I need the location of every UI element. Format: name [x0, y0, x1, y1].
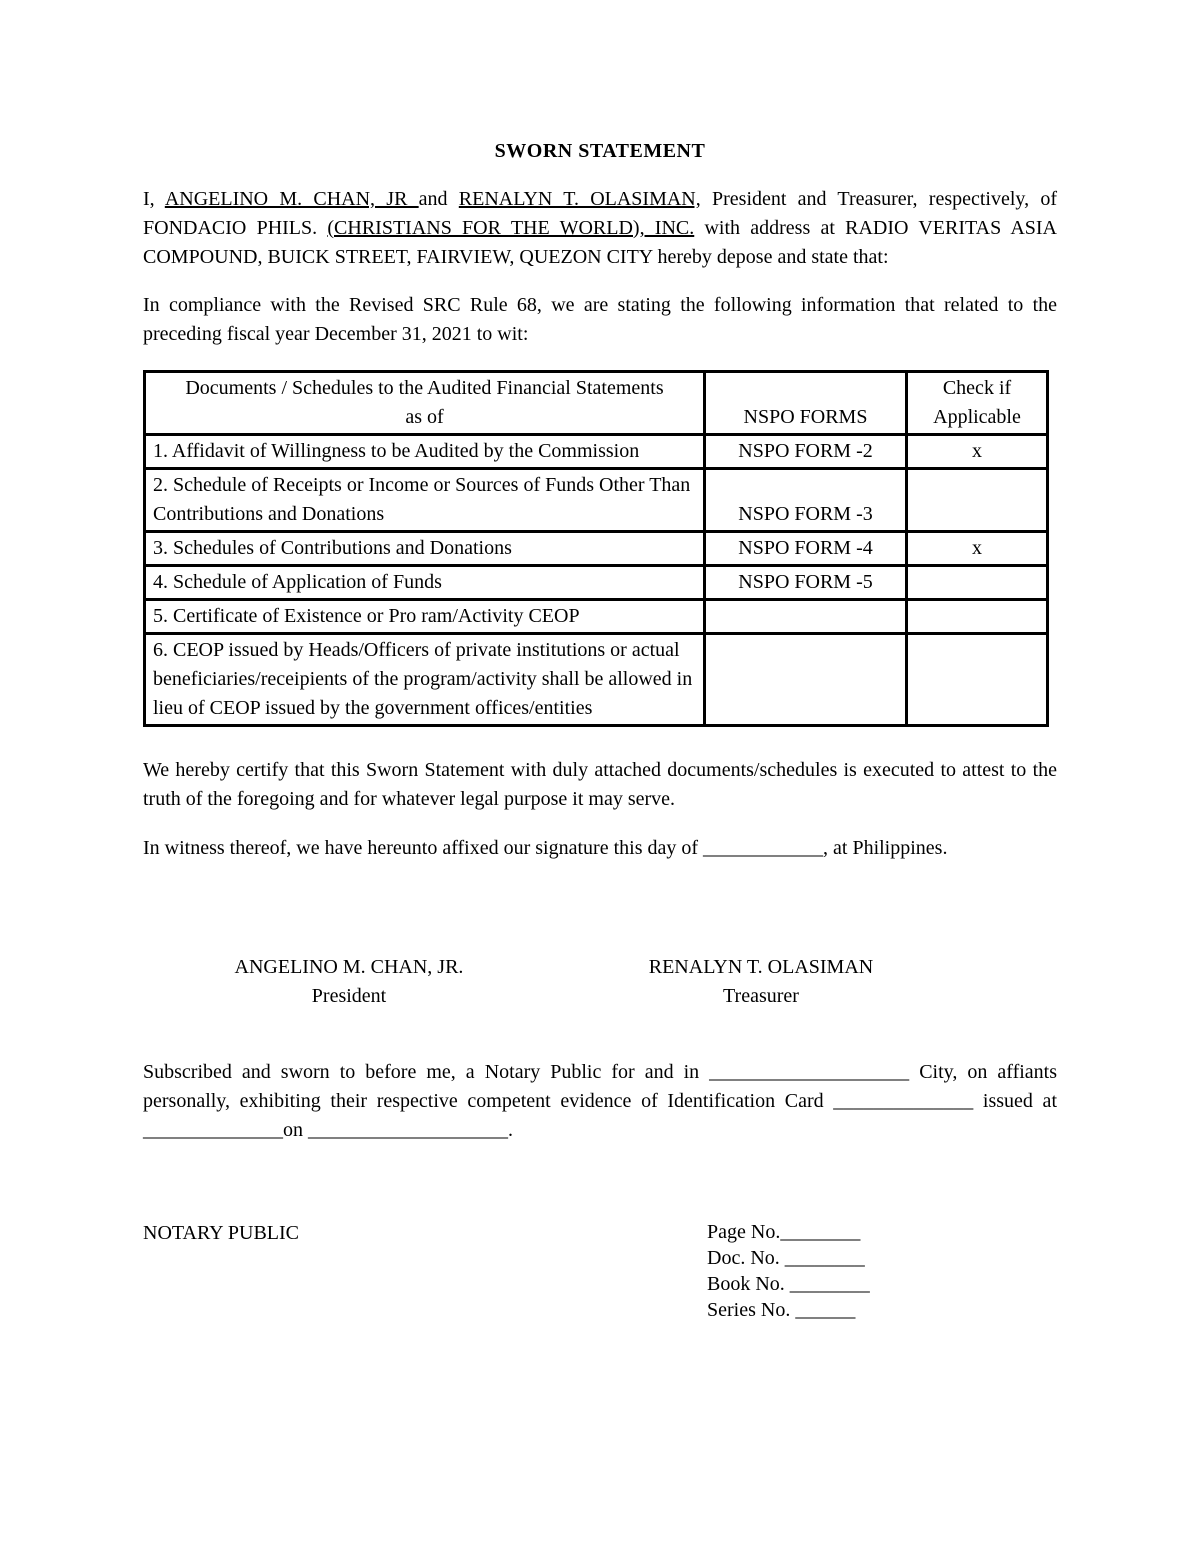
signatory-treasurer: RENALYN T. OLASIMAN Treasurer	[555, 953, 967, 1011]
doc-cell: 5. Certificate of Existence or Pro ram/A…	[145, 600, 705, 634]
document-content: SWORN STATEMENT I, ANGELINO M. CHAN, JR …	[0, 0, 1200, 1323]
header-nspo-forms: NSPO FORMS	[705, 372, 907, 435]
affiant-name-2: RENALYN T. OLASIMAN,	[459, 188, 701, 210]
footer-section: NOTARY PUBLIC Page No.________ Doc. No. …	[143, 1219, 1057, 1323]
form-cell: NSPO FORM -2	[705, 435, 907, 469]
table-row: 3. Schedules of Contributions and Donati…	[145, 532, 1048, 566]
header-check-applicable: Check if Applicable	[907, 372, 1048, 435]
intro-conjunction: and	[419, 188, 459, 210]
witness-paragraph: In witness thereof, we have hereunto aff…	[143, 834, 1057, 863]
book-no-line: Book No. ________	[707, 1271, 1057, 1297]
check-cell	[907, 469, 1048, 532]
check-cell: x	[907, 435, 1048, 469]
form-cell: NSPO FORM -4	[705, 532, 907, 566]
doc-cell: 6. CEOP issued by Heads/Officers of priv…	[145, 634, 705, 726]
table-header-row: Documents / Schedules to the Audited Fin…	[145, 372, 1048, 435]
compliance-paragraph: In compliance with the Revised SRC Rule …	[143, 291, 1057, 349]
doc-no-line: Doc. No. ________	[707, 1245, 1057, 1271]
form-cell	[705, 634, 907, 726]
signatory-president: ANGELINO M. CHAN, JR. President	[143, 953, 555, 1011]
table-row: 2. Schedule of Receipts or Income or Sou…	[145, 469, 1048, 532]
document-title: SWORN STATEMENT	[143, 137, 1057, 166]
header-documents: Documents / Schedules to the Audited Fin…	[145, 372, 705, 435]
affiant-name-1: ANGELINO M. CHAN, JR	[165, 188, 419, 210]
notary-stamp-block: Page No.________ Doc. No. ________ Book …	[707, 1219, 1057, 1323]
company-name: (CHRISTIANS FOR THE WORLD), INC.	[327, 217, 694, 239]
signatory-title: President	[143, 982, 555, 1011]
doc-cell: 4. Schedule of Application of Funds	[145, 566, 705, 600]
signature-section: ANGELINO M. CHAN, JR. President RENALYN …	[143, 953, 1057, 1011]
doc-cell: 2. Schedule of Receipts or Income or Sou…	[145, 469, 705, 532]
notary-public-label: NOTARY PUBLIC	[143, 1219, 299, 1248]
signatory-title: Treasurer	[555, 982, 967, 1011]
form-cell: NSPO FORM -5	[705, 566, 907, 600]
signatory-name: RENALYN T. OLASIMAN	[555, 953, 967, 982]
check-cell	[907, 600, 1048, 634]
form-cell: NSPO FORM -3	[705, 469, 907, 532]
check-cell: x	[907, 532, 1048, 566]
doc-cell: 1. Affidavit of Willingness to be Audite…	[145, 435, 705, 469]
signatory-name: ANGELINO M. CHAN, JR.	[143, 953, 555, 982]
table-row: 5. Certificate of Existence or Pro ram/A…	[145, 600, 1048, 634]
table-row: 4. Schedule of Application of Funds NSPO…	[145, 566, 1048, 600]
document-page: SWORN STATEMENT I, ANGELINO M. CHAN, JR …	[0, 0, 1200, 1553]
doc-cell: 3. Schedules of Contributions and Donati…	[145, 532, 705, 566]
check-cell	[907, 566, 1048, 600]
check-cell	[907, 634, 1048, 726]
intro-paragraph: I, ANGELINO M. CHAN, JR and RENALYN T. O…	[143, 185, 1057, 272]
table-row: 1. Affidavit of Willingness to be Audite…	[145, 435, 1048, 469]
page-no-line: Page No.________	[707, 1219, 1057, 1245]
documents-table: Documents / Schedules to the Audited Fin…	[143, 370, 1049, 727]
certify-paragraph: We hereby certify that this Sworn Statem…	[143, 756, 1057, 814]
series-no-line: Series No. ______	[707, 1297, 1057, 1323]
form-cell	[705, 600, 907, 634]
notary-paragraph: Subscribed and sworn to before me, a Not…	[143, 1058, 1057, 1145]
intro-pre: I,	[143, 188, 165, 210]
table-row: 6. CEOP issued by Heads/Officers of priv…	[145, 634, 1048, 726]
